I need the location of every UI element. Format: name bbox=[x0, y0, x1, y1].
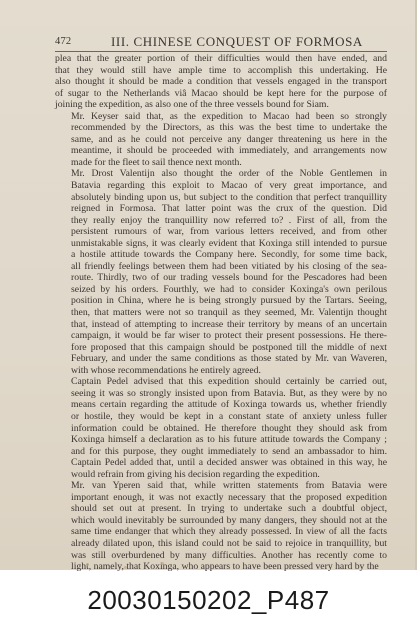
text-line: same, and as he could not perceive any d… bbox=[55, 134, 387, 146]
text-line: Koxinga himself a declaration as to his … bbox=[55, 434, 387, 446]
text-line: February, and under the same conditions … bbox=[55, 353, 387, 365]
text-line: should set out at present. In trying to … bbox=[55, 503, 387, 515]
page-number: 472 bbox=[55, 36, 71, 47]
text-line: all friendly feelings between them had b… bbox=[55, 261, 387, 273]
text-line: was still overburdened by many difficult… bbox=[55, 550, 387, 562]
paper-stain bbox=[161, 562, 164, 565]
paragraph: Captain Pedel advised that this expediti… bbox=[55, 376, 387, 480]
text-line: seized by his orders. Fourthly, we had t… bbox=[55, 284, 387, 296]
text-line: unmistakable signs, it was clearly evide… bbox=[55, 238, 387, 250]
text-line: reigned in Formosa. That latter point wa… bbox=[55, 203, 387, 215]
header-rule bbox=[55, 51, 387, 52]
text-line: information could be obtained. He theref… bbox=[55, 423, 387, 435]
text-line: that they would still have ample time to… bbox=[55, 65, 387, 77]
text-line: route. Thirdly, two of our trading vesse… bbox=[55, 272, 387, 284]
text-line: Mr. Drost Valentijn also thought the ord… bbox=[55, 168, 387, 180]
text-line: that, instead of attempting to increase … bbox=[55, 319, 387, 331]
text-line: Captain Pedel added that, until a decide… bbox=[55, 457, 387, 469]
text-line: already dilated upon, this island could … bbox=[55, 538, 387, 550]
text-line: also thought it should be made a conditi… bbox=[55, 76, 387, 88]
paper-stain bbox=[124, 566, 127, 569]
text-line: seeing it was so strongly insisted upon … bbox=[55, 388, 387, 400]
text-line: of sugar to the Netherlands viâ Macao sh… bbox=[55, 88, 387, 100]
text-line: recommended by the Directors, as this wa… bbox=[55, 122, 387, 134]
paragraph: Mr. van Yperen said that, while written … bbox=[55, 480, 387, 572]
text-line: Captain Pedel advised that this expediti… bbox=[55, 376, 387, 388]
text-line: a hostile attitude towards the Company h… bbox=[55, 249, 387, 261]
paragraph: Mr. Drost Valentijn also thought the ord… bbox=[55, 168, 387, 376]
text-line: light, namely, that Koxinga, who appears… bbox=[55, 561, 387, 573]
image-caption: 20030150202_P487 bbox=[0, 585, 417, 616]
text-line: plea that the greater portion of their d… bbox=[55, 53, 387, 65]
text-line: joining the expedition, as also one of t… bbox=[55, 99, 387, 111]
page-header: 472 III. CHINESE CONQUEST OF FORMOSA bbox=[55, 34, 387, 50]
text-line: and for this purpose, they ought immedia… bbox=[55, 446, 387, 458]
text-line: would refrain from giving his decision r… bbox=[55, 469, 387, 481]
text-line: persistent rumours of war, from various … bbox=[55, 226, 387, 238]
text-line: which would inevitably be surrounded by … bbox=[55, 515, 387, 527]
scanned-page: 472 III. CHINESE CONQUEST OF FORMOSA ple… bbox=[0, 0, 417, 570]
text-line: then, that matters were not so tranquil … bbox=[55, 307, 387, 319]
text-line: campaign, it would be far wiser to prote… bbox=[55, 330, 387, 342]
text-line: made for the fleet to sail thence next m… bbox=[55, 157, 387, 169]
text-line: fore proposed that this campaign should … bbox=[55, 342, 387, 354]
text-line: means certain regarding the attitude of … bbox=[55, 399, 387, 411]
text-line: they really enjoy the tranquillity now r… bbox=[55, 215, 387, 227]
paper-stain bbox=[86, 563, 89, 566]
text-line: meantime, it should be proceeded with im… bbox=[55, 145, 387, 157]
text-line: same time endanger that which they alrea… bbox=[55, 526, 387, 538]
paragraph: plea that the greater portion of their d… bbox=[55, 53, 387, 111]
text-line: or hostile, they would be kept in a cons… bbox=[55, 411, 387, 423]
text-line: position in China, where he is being str… bbox=[55, 295, 387, 307]
paragraph: Mr. Keyser said that, as the expedition … bbox=[55, 111, 387, 169]
text-line: Mr. Keyser said that, as the expedition … bbox=[55, 111, 387, 123]
text-line: important enough, it was not exactly nec… bbox=[55, 492, 387, 504]
text-line: Batavia regarding this exploit to Macao … bbox=[55, 180, 387, 192]
body-text: plea that the greater portion of their d… bbox=[55, 53, 387, 573]
text-line: with whose recommendations he entirely a… bbox=[55, 365, 387, 377]
running-title: III. CHINESE CONQUEST OF FORMOSA bbox=[111, 34, 363, 50]
text-line: absolutely binding upon us, but subject … bbox=[55, 192, 387, 204]
text-line: Mr. van Yperen said that, while written … bbox=[55, 480, 387, 492]
